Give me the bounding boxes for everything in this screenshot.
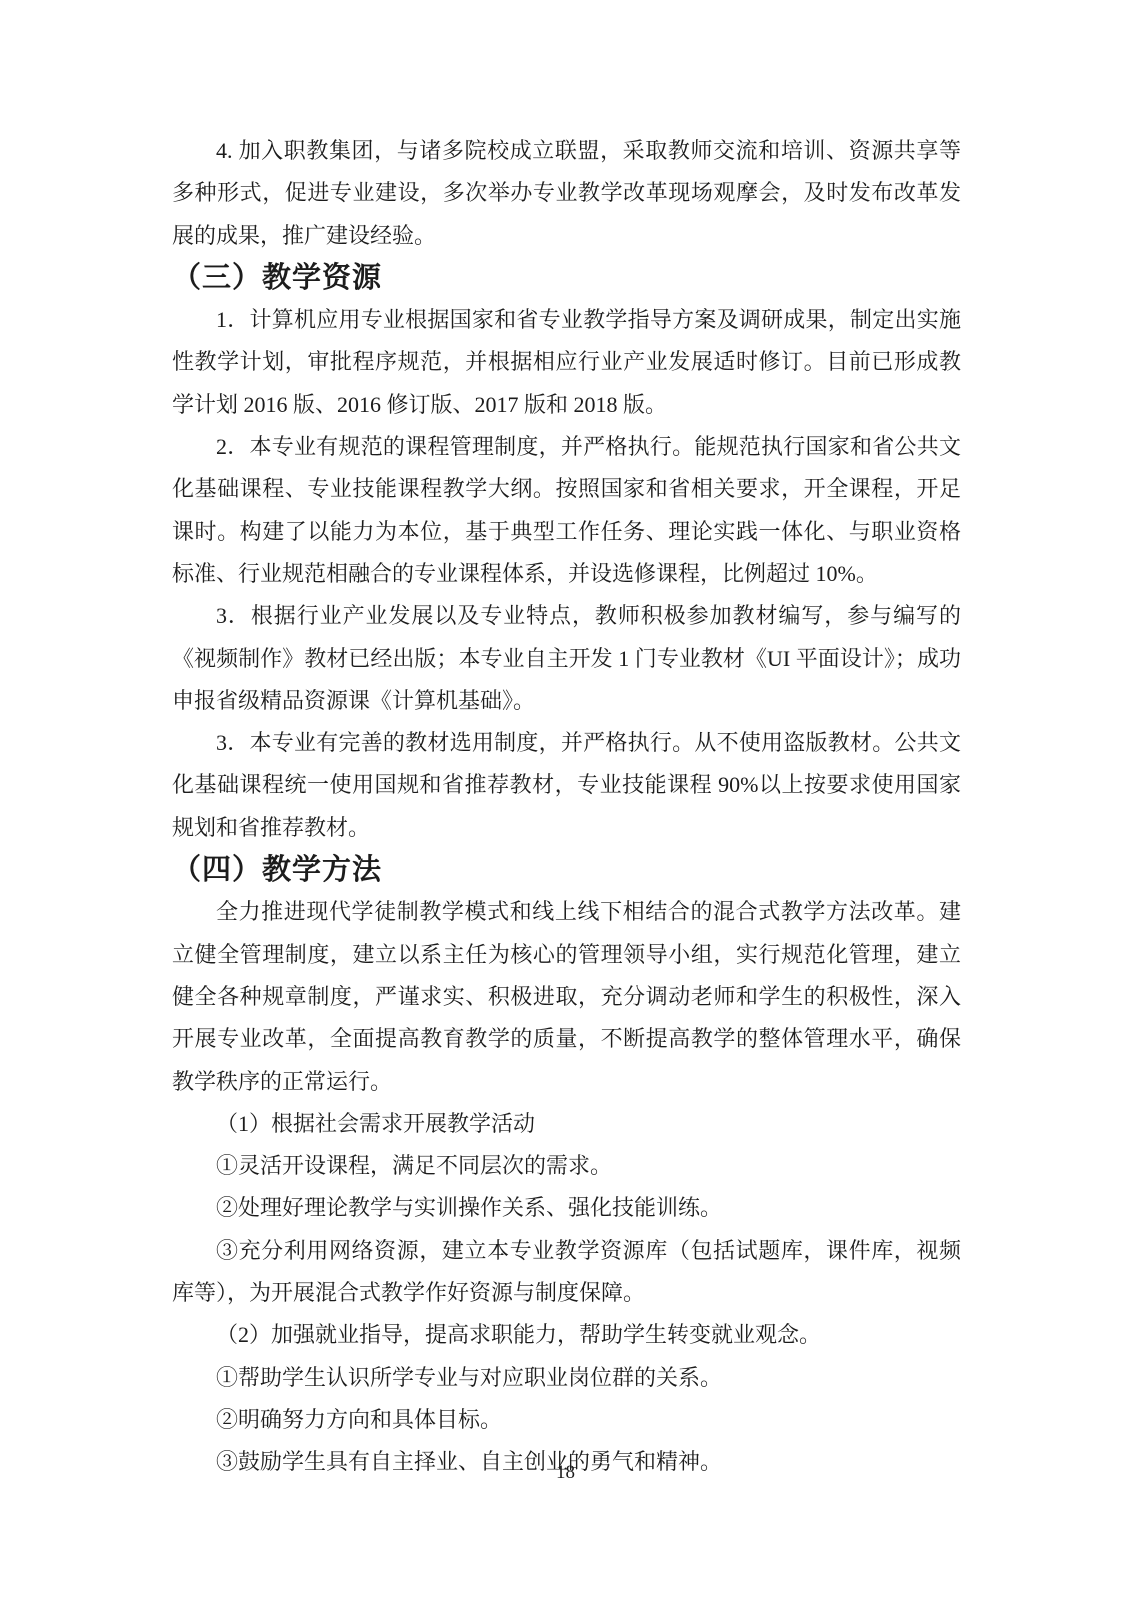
paragraph-teaching-plan: 1．计算机应用专业根据国家和省专业教学指导方案及调研成果，制定出实施性教学计划，… xyxy=(172,299,961,426)
heading-teaching-methods: （四）教学方法 xyxy=(172,849,961,891)
document-content: 4. 加入职教集团，与诸多院校成立联盟，采取教师交流和培训、资源共享等多种形式，… xyxy=(172,130,961,1484)
paragraph-item-2-employment-guidance: （2）加强就业指导，提高求职能力，帮助学生转变就业观念。 xyxy=(172,1314,961,1356)
paragraph-item-1-social-demand: （1）根据社会需求开展教学活动 xyxy=(172,1103,961,1145)
paragraph-item-1-sub-3: ③充分利用网络资源，建立本专业教学资源库（包括试题库，课件库，视频库等），为开展… xyxy=(172,1230,961,1315)
paragraph-item-1-sub-1: ①灵活开设课程，满足不同层次的需求。 xyxy=(172,1145,961,1187)
paragraph-joint-education-group: 4. 加入职教集团，与诸多院校成立联盟，采取教师交流和培训、资源共享等多种形式，… xyxy=(172,130,961,257)
document-page: 4. 加入职教集团，与诸多院校成立联盟，采取教师交流和培训、资源共享等多种形式，… xyxy=(0,0,1131,1600)
paragraph-teaching-reform: 全力推进现代学徒制教学模式和线上线下相结合的混合式教学方法改革。建立健全管理制度… xyxy=(172,891,961,1102)
paragraph-textbook-selection: 3．本专业有完善的教材选用制度，并严格执行。从不使用盗版教材。公共文化基础课程统… xyxy=(172,722,961,849)
page-number: 18 xyxy=(0,1462,1131,1484)
paragraph-item-2-sub-2: ②明确努力方向和具体目标。 xyxy=(172,1399,961,1441)
paragraph-textbook-writing: 3．根据行业产业发展以及专业特点，教师积极参加教材编写，参与编写的《视频制作》教… xyxy=(172,595,961,722)
paragraph-course-management: 2．本专业有规范的课程管理制度，并严格执行。能规范执行国家和省公共文化基础课程、… xyxy=(172,426,961,595)
paragraph-item-2-sub-1: ①帮助学生认识所学专业与对应职业岗位群的关系。 xyxy=(172,1357,961,1399)
heading-teaching-resources: （三）教学资源 xyxy=(172,257,961,299)
paragraph-item-1-sub-2: ②处理好理论教学与实训操作关系、强化技能训练。 xyxy=(172,1187,961,1229)
